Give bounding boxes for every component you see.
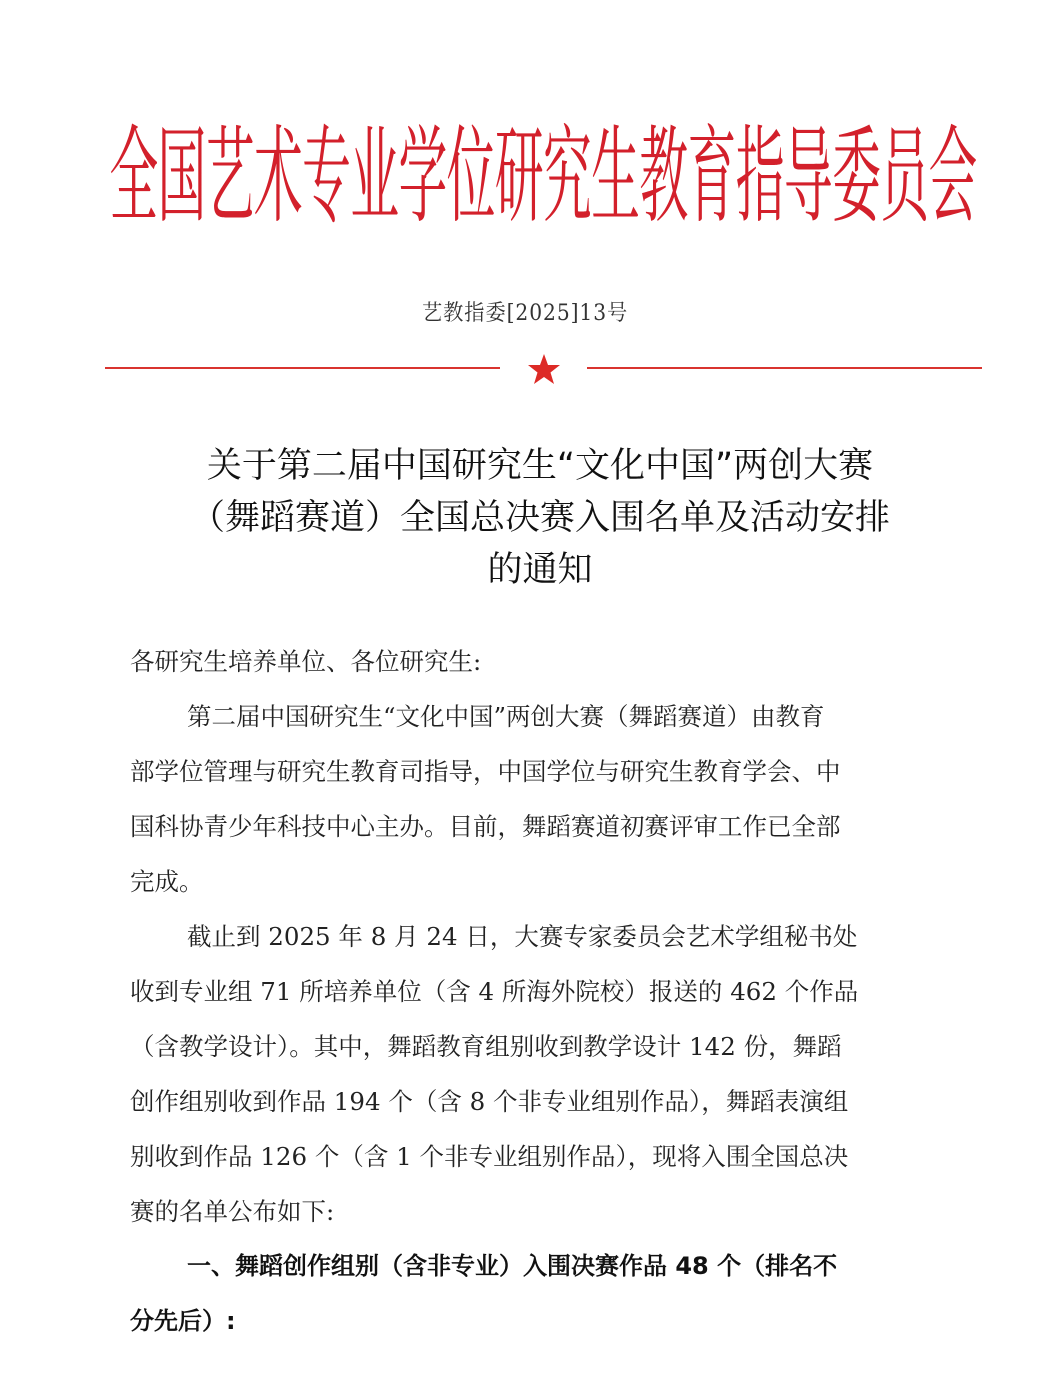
section-heading: 一、舞蹈创作组别（含非专业）入围决赛作品 48 个（排名不 分先后）: <box>130 1239 950 1349</box>
document-number: 艺教指委[2025]13号 <box>0 296 1050 327</box>
document-page: 全国艺术专业学位研究生教育指导委员会 艺教指委[2025]13号 关于第二届中国… <box>0 0 1050 1383</box>
star-icon <box>527 353 561 385</box>
section-heading-line: 一、舞蹈创作组别（含非专业）入围决赛作品 48 个（排名不 <box>130 1239 950 1294</box>
paragraph-line: 国科协青少年科技中心主办。目前，舞蹈赛道初赛评审工作已全部 <box>130 799 950 854</box>
paragraph-line: （含教学设计）。其中，舞蹈教育组别收到教学设计 142 份，舞蹈 <box>130 1019 950 1074</box>
document-body: 各研究生培养单位、各位研究生: 第二届中国研究生“文化中国”两创大赛（舞蹈赛道）… <box>130 634 950 1349</box>
divider-line-right <box>587 367 982 369</box>
section-heading-line: 分先后）: <box>130 1294 950 1349</box>
paragraph-line: 赛的名单公布如下: <box>130 1184 950 1239</box>
salutation: 各研究生培养单位、各位研究生: <box>130 634 950 689</box>
masthead: 全国艺术专业学位研究生教育指导委员会 <box>108 118 978 236</box>
paragraph-line: 创作组别收到作品 194 个（含 8 个非专业组别作品），舞蹈表演组 <box>130 1074 950 1129</box>
divider-line-left <box>105 367 500 369</box>
paragraph-line: 第二届中国研究生“文化中国”两创大赛（舞蹈赛道）由教育 <box>130 689 950 744</box>
notice-title-line: 关于第二届中国研究生“文化中国”两创大赛 <box>100 440 980 492</box>
paragraph-line: 部学位管理与研究生教育司指导，中国学位与研究生教育学会、中 <box>130 744 950 799</box>
paragraph-line: 完成。 <box>130 854 950 909</box>
paragraph-line: 别收到作品 126 个（含 1 个非专业组别作品），现将入围全国总决 <box>130 1129 950 1184</box>
notice-title: 关于第二届中国研究生“文化中国”两创大赛 （舞蹈赛道）全国总决赛入围名单及活动安… <box>100 440 980 596</box>
paragraph-1: 第二届中国研究生“文化中国”两创大赛（舞蹈赛道）由教育 部学位管理与研究生教育司… <box>130 689 950 909</box>
masthead-title: 全国艺术专业学位研究生教育指导委员会 <box>109 124 976 229</box>
paragraph-line: 收到专业组 71 所培养单位（含 4 所海外院校）报送的 462 个作品 <box>130 964 950 1019</box>
paragraph-2: 截止到 2025 年 8 月 24 日，大赛专家委员会艺术学组秘书处 收到专业组… <box>130 909 950 1239</box>
notice-title-line: （舞蹈赛道）全国总决赛入围名单及活动安排 <box>100 492 980 544</box>
notice-title-line: 的通知 <box>100 544 980 596</box>
paragraph-line: 截止到 2025 年 8 月 24 日，大赛专家委员会艺术学组秘书处 <box>130 909 950 964</box>
document-number-text: 艺教指委[2025]13号 <box>422 296 628 327</box>
